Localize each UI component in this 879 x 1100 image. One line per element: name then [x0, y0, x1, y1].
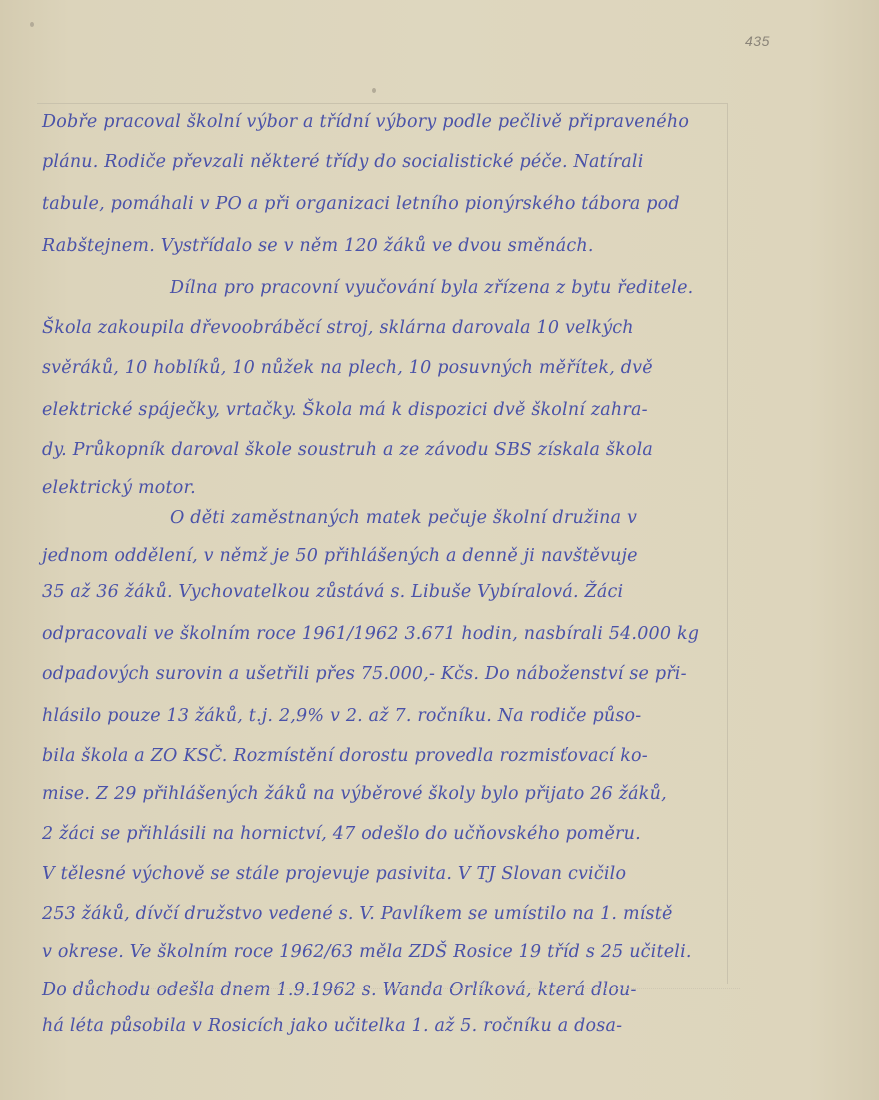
text-line: jednom oddělení, v němž je 50 přihlášený… — [42, 546, 638, 566]
text-line: mise. Z 29 přihlášených žáků na výběrové… — [42, 784, 667, 804]
text-line-paragraph-start: Dílna pro pracovní vyučování byla zřízen… — [170, 278, 693, 298]
paper-speck — [30, 22, 34, 27]
text-line: v okrese. Ve školním roce 1962/63 měla Z… — [42, 942, 692, 962]
page-number: 435 — [745, 33, 770, 49]
text-line: 35 až 36 žáků. Vychovatelkou zůstává s. … — [42, 582, 623, 602]
text-line: Škola zakoupila dřevoobráběcí stroj, skl… — [42, 318, 634, 338]
text-line: tabule, pomáhali v PO a při organizaci l… — [42, 194, 680, 214]
text-line: elektrické spáječky, vrtačky. Škola má k… — [42, 400, 648, 420]
text-line: 253 žáků, dívčí družstvo vedené s. V. Pa… — [42, 904, 673, 924]
text-line: 2 žáci se přihlásili na hornictví, 47 od… — [42, 824, 641, 844]
text-line: plánu. Rodiče převzali některé třídy do … — [42, 152, 644, 172]
text-line: Dobře pracoval školní výbor a třídní výb… — [42, 112, 689, 132]
text-line: odpadových surovin a ušetřili přes 75.00… — [42, 664, 687, 684]
text-line: bila škola a ZO KSČ. Rozmístění dorostu … — [42, 746, 648, 766]
text-line-paragraph-start: O děti zaměstnaných matek pečuje školní … — [170, 508, 637, 528]
text-line: V tělesné výchově se stále projevuje pas… — [42, 864, 626, 884]
ruled-baseline — [70, 988, 740, 989]
text-line: Do důchodu odešla dnem 1.9.1962 s. Wanda… — [42, 980, 637, 1000]
text-line: Rabštejnem. Vystřídalo se v něm 120 žáků… — [42, 236, 594, 256]
text-line: odpracovali ve školním roce 1961/1962 3.… — [42, 624, 699, 644]
paper-speck — [372, 88, 376, 93]
text-line: há léta působila v Rosicích jako učitelk… — [42, 1016, 622, 1036]
text-line: svěráků, 10 hoblíků, 10 nůžek na plech, … — [42, 358, 653, 378]
text-line: hlásilo pouze 13 žáků, t.j. 2,9% v 2. až… — [42, 706, 641, 726]
ledger-page: 435 Dobře pracoval školní výbor a třídní… — [0, 0, 879, 1100]
text-line: dy. Průkopník daroval škole soustruh a z… — [42, 440, 653, 460]
text-line: elektrický motor. — [42, 478, 196, 498]
